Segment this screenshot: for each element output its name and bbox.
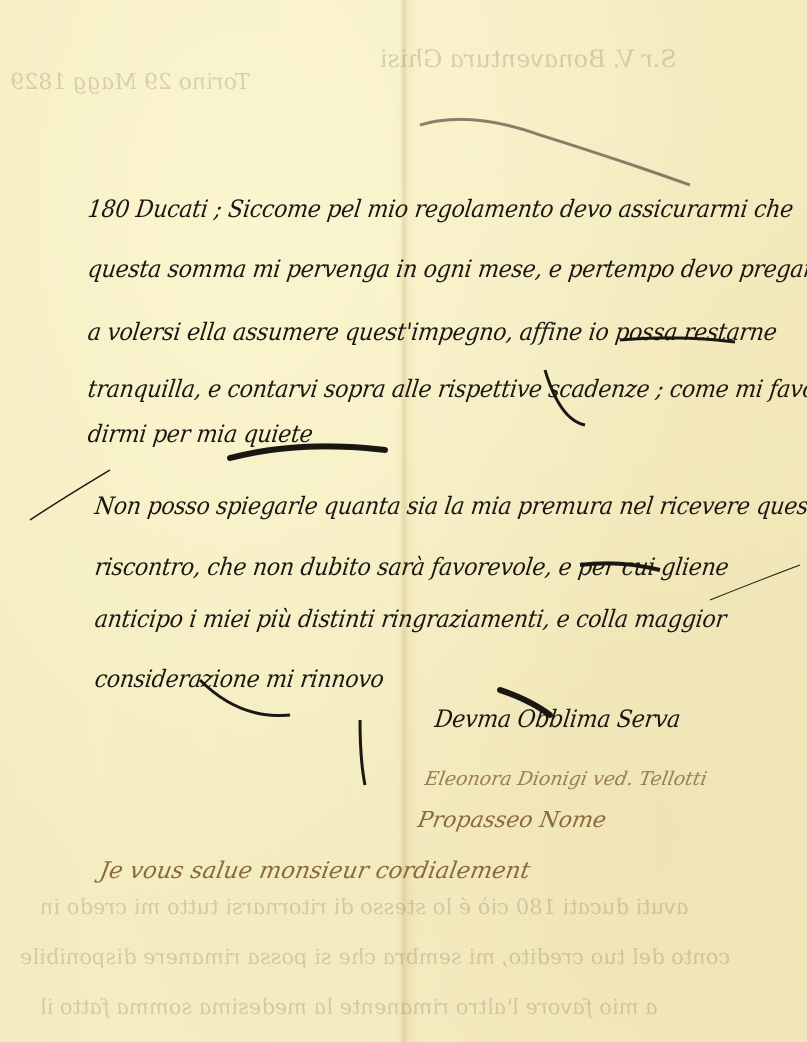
ink-flourishes	[0, 0, 807, 1042]
body-line-6: Non posso spiegarle quanta sia la mia pr…	[93, 492, 807, 520]
body-line-2: questa somma mi pervenga in ogni mese, e…	[86, 255, 807, 283]
body-line-1: 180 Ducati ; Siccome pel mio regolamento…	[86, 195, 795, 223]
body-line-4: tranquilla, e contarvi sopra alle rispet…	[86, 375, 807, 403]
body-line-3: a volersi ella assumere quest'impegno, a…	[86, 318, 778, 346]
closing-salutation: Devma Obblima Serva	[433, 705, 682, 733]
signature-name: Eleonora Dionigi ved. Tellotti	[423, 768, 709, 790]
body-line-9: considerazione mi rinnovo	[93, 665, 385, 693]
letter-page: S.r V. Bonaventura Ghisi Torino 29 Magg …	[0, 0, 807, 1042]
body-line-7: riscontro, che non dubito sarà favorevol…	[93, 553, 730, 581]
signature-line-2: Propasseo Nome	[416, 808, 608, 833]
body-line-5: dirmi per mia quiete	[86, 420, 314, 448]
body-line-8: anticipo i miei più distinti ringraziame…	[93, 605, 728, 633]
french-note: Je vous salue monsieur cordialement	[98, 858, 532, 884]
